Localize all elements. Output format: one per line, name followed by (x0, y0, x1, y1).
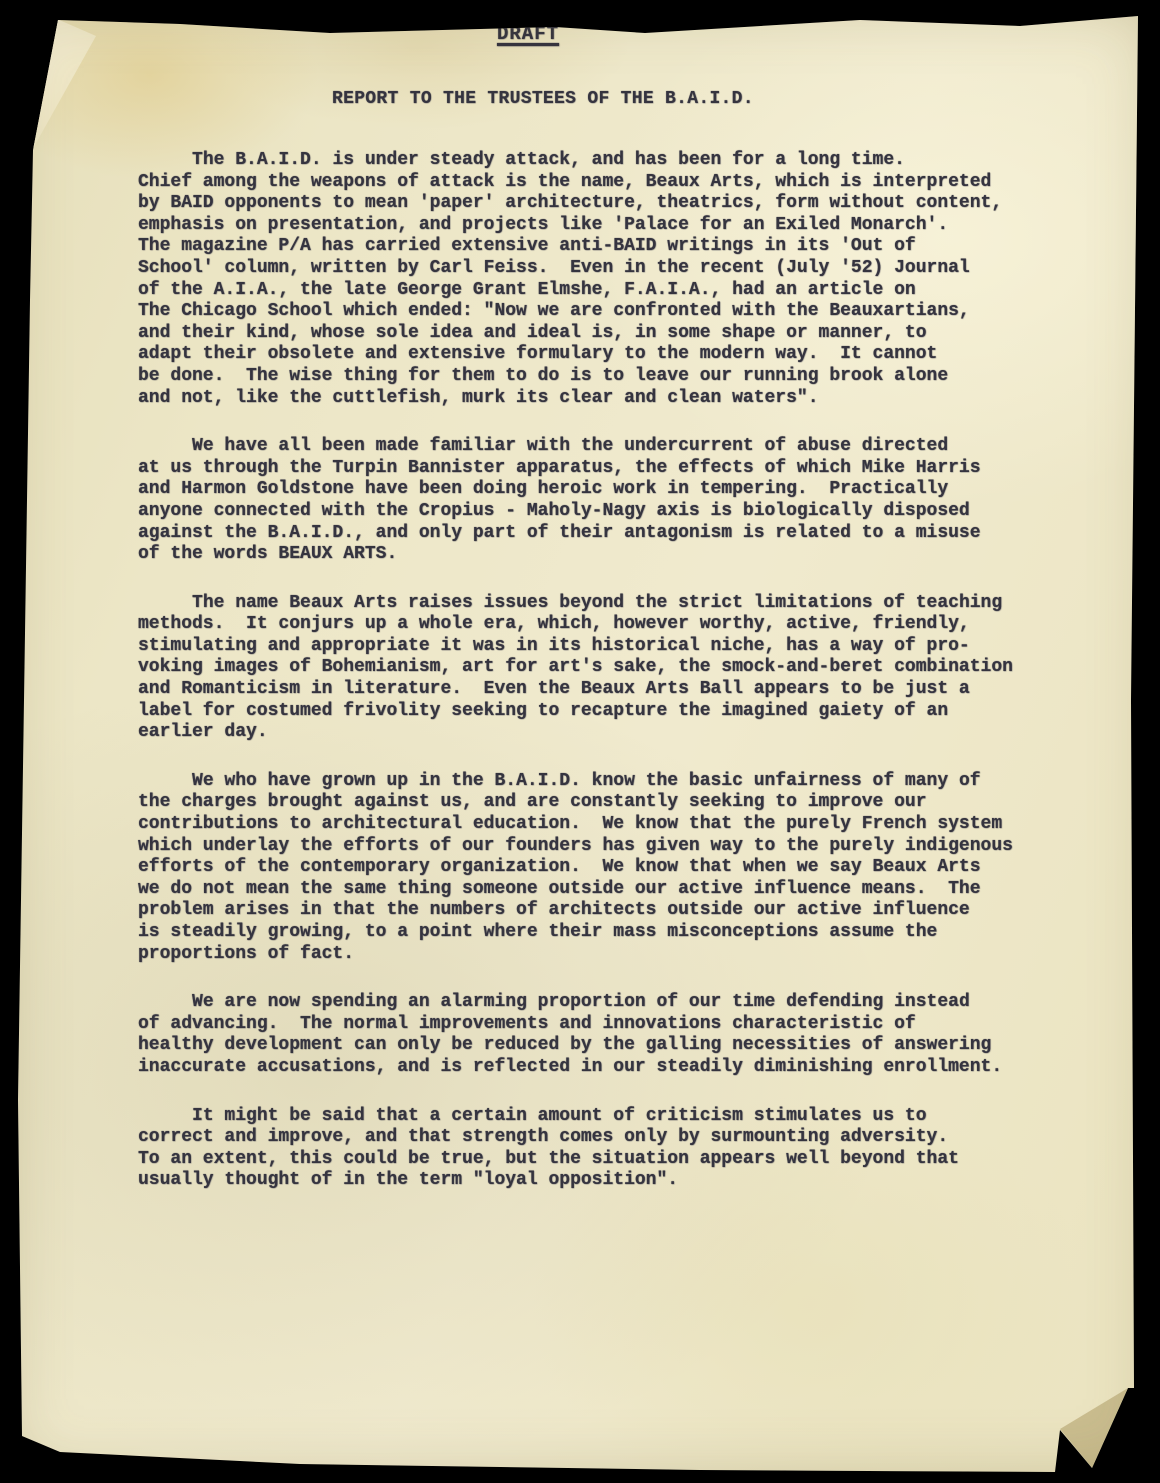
paragraph-3: The name Beaux Arts raises issues beyond… (138, 593, 1050, 744)
paragraph-2: We have all been made familiar with the … (138, 436, 1050, 566)
paragraph-1: The B.A.I.D. is under steady attack, and… (138, 150, 1050, 409)
document-body: The B.A.I.D. is under steady attack, and… (138, 150, 1050, 1219)
paragraph-6: It might be said that a certain amount o… (138, 1106, 1050, 1192)
draft-label: DRAFT (497, 23, 559, 45)
paper-sheet: DRAFT REPORT TO THE TRUSTEES OF THE B.A.… (0, 0, 1160, 1483)
document-title: REPORT TO THE TRUSTEES OF THE B.A.I.D. (332, 89, 754, 109)
paragraph-5: We are now spending an alarming proporti… (138, 992, 1050, 1078)
paragraph-4: We who have grown up in the B.A.I.D. kno… (138, 771, 1050, 965)
scan-background: { "colors": { "background": "#000000", "… (0, 0, 1160, 1483)
